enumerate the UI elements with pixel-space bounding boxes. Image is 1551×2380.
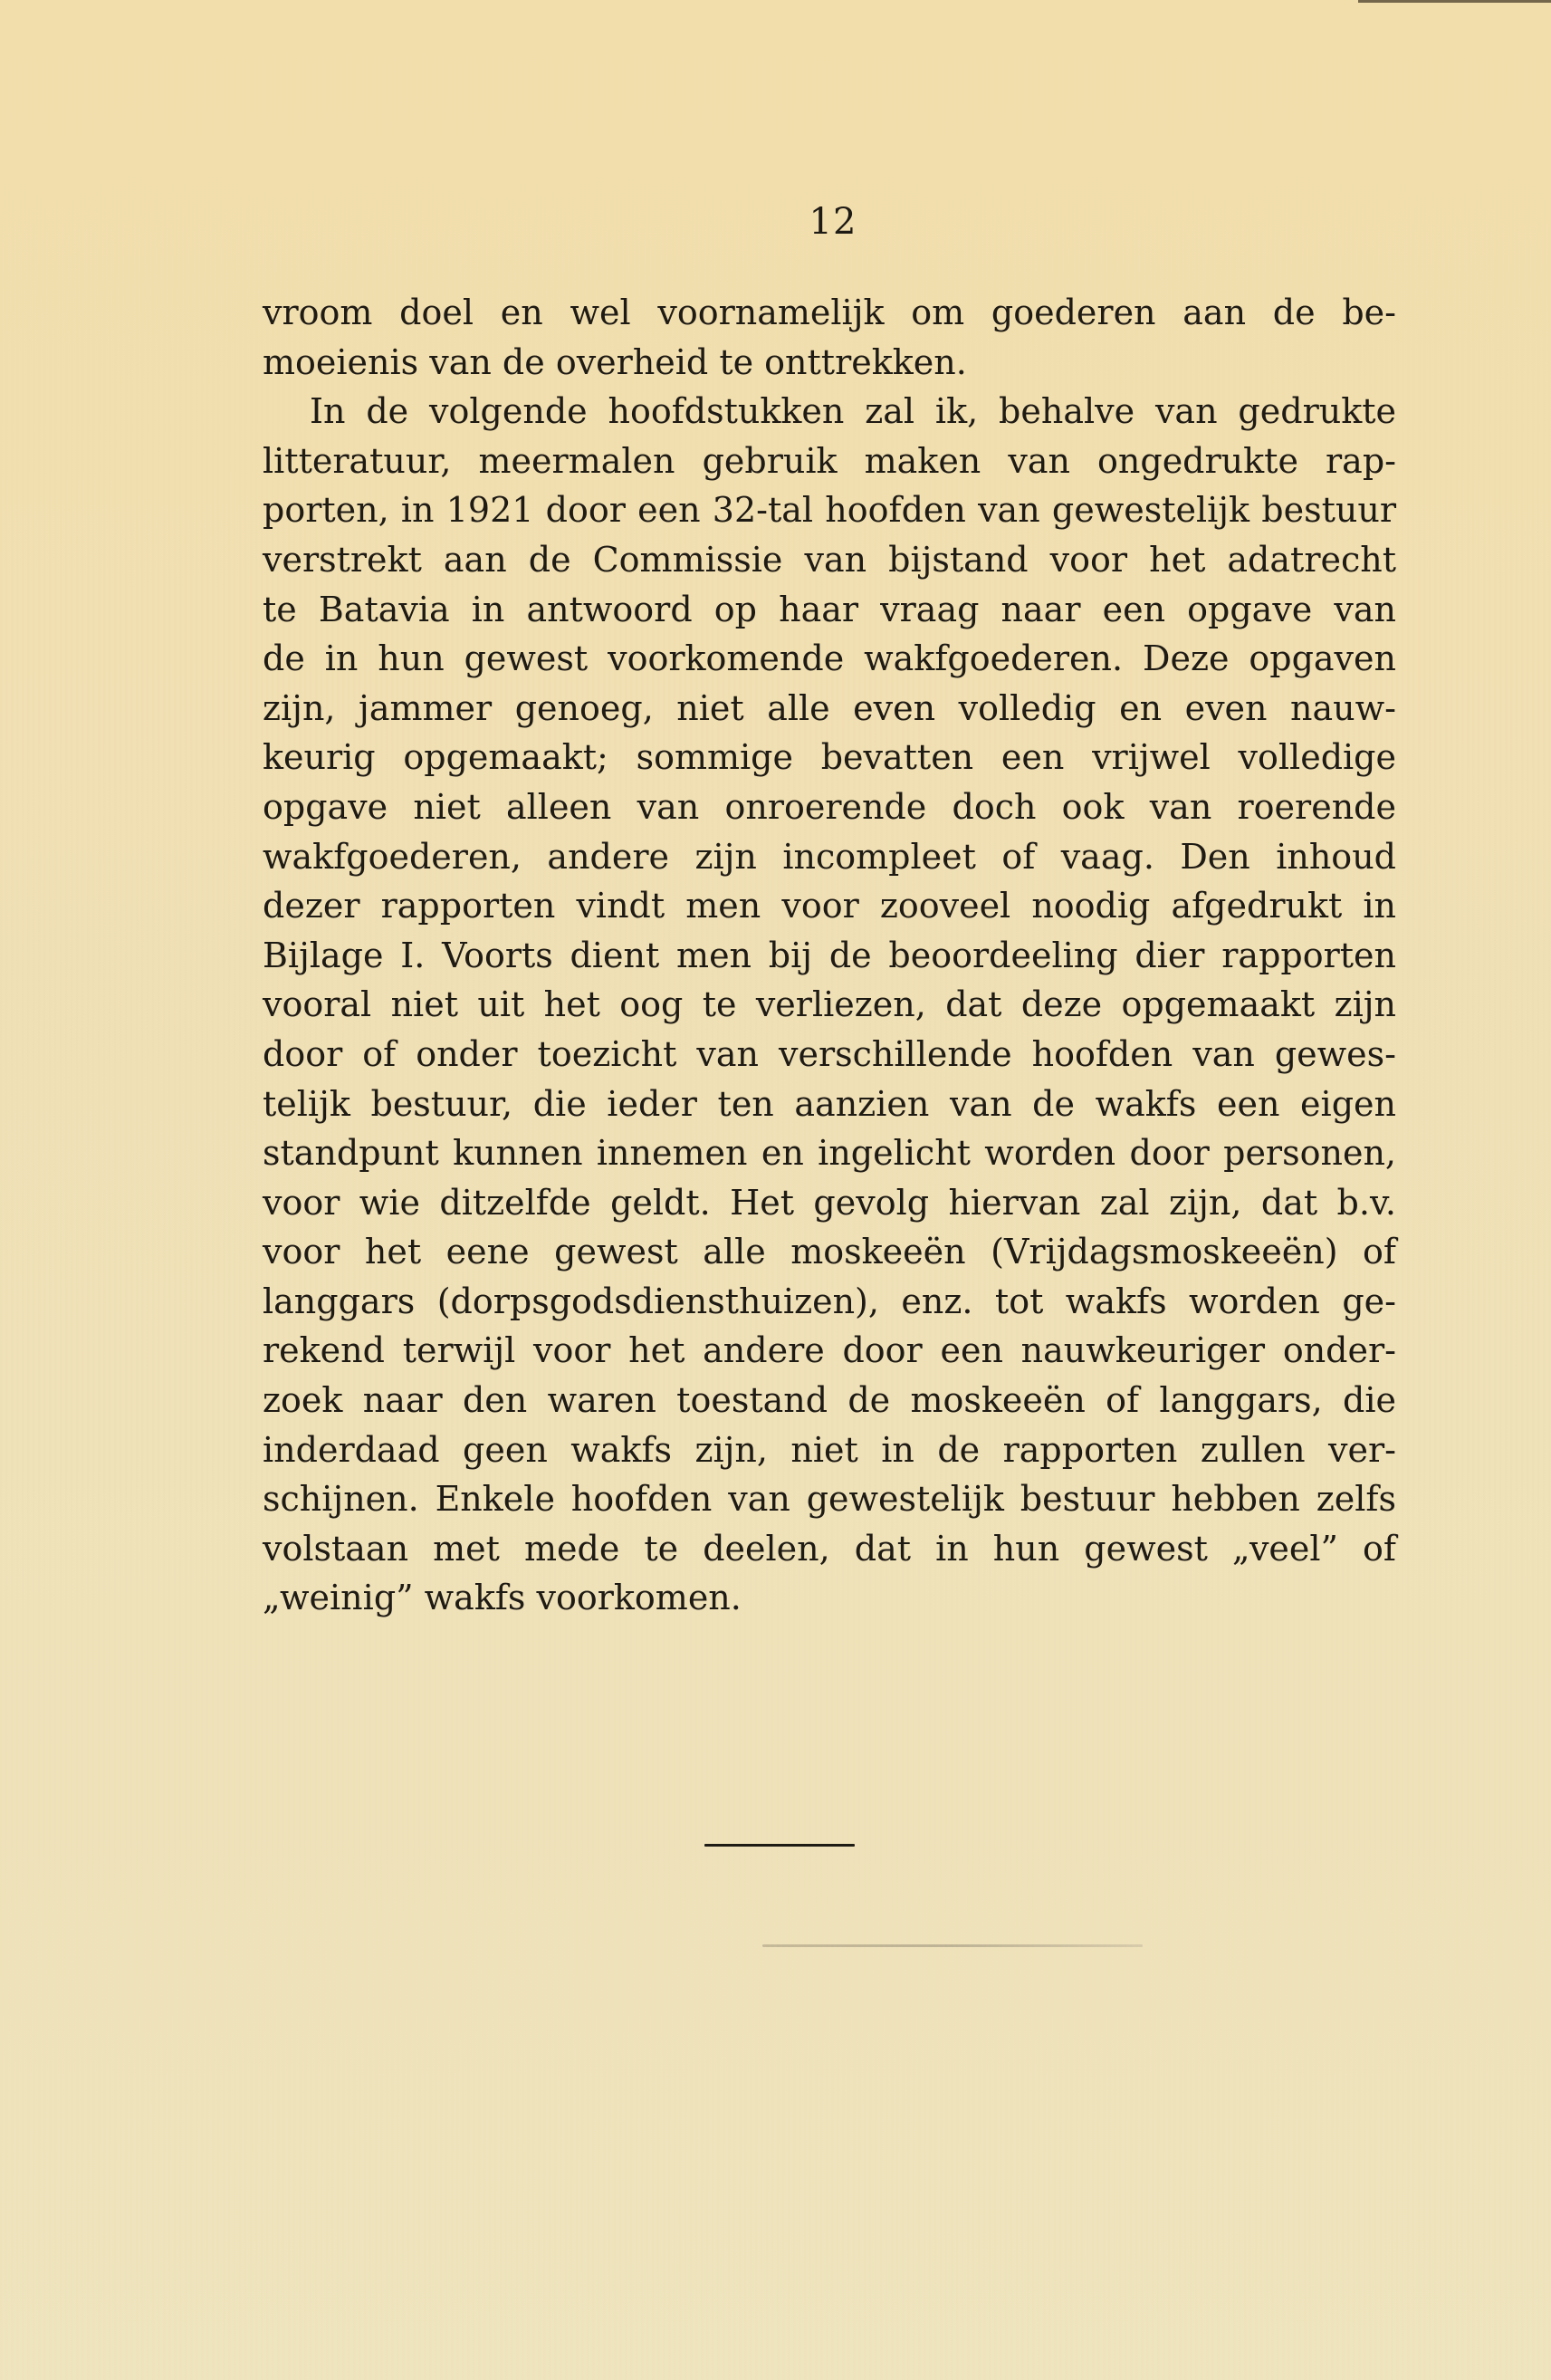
text-line: de in hun gewest voorkomende wakfgoedere… xyxy=(263,634,1396,684)
text-line: inderdaad geen wakfs zijn, niet in de ra… xyxy=(263,1425,1396,1475)
text-line: rekend terwijl voor het andere door een … xyxy=(263,1326,1396,1376)
bleed-through-smudge xyxy=(762,1944,1143,1947)
text-line: te Batavia in antwoord op haar vraag naa… xyxy=(263,585,1396,635)
text-line: schijnen. Enkele hoofden van gewestelijk… xyxy=(263,1474,1396,1524)
text-line: voor het eene gewest alle moskeeën (Vrij… xyxy=(263,1227,1396,1277)
scan-edge-shadow xyxy=(1358,0,1551,3)
text-line: volstaan met mede te deelen, dat in hun … xyxy=(263,1524,1396,1574)
text-line: porten, in 1921 door een 32-tal hoofden … xyxy=(263,485,1396,535)
text-line: In de volgende hoofdstukken zal ik, beha… xyxy=(263,387,1396,437)
text-line: keurig opgemaakt; sommige bevatten een v… xyxy=(263,733,1396,782)
text-line: voor wie ditzelfde geldt. Het gevolg hie… xyxy=(263,1178,1396,1228)
text-line: Bijlage I. Voorts dient men bij de beoor… xyxy=(263,931,1396,981)
text-line: wakfgoederen, andere zijn incompleet of … xyxy=(263,832,1396,882)
text-line: litteratuur, meermalen gebruik maken van… xyxy=(263,437,1396,486)
section-end-rule xyxy=(704,1844,855,1847)
text-line: telijk bestuur, die ieder ten aanzien va… xyxy=(263,1080,1396,1129)
text-line: zoek naar den waren toestand de moskeeën… xyxy=(263,1376,1396,1425)
text-line: opgave niet alleen van onroerende doch o… xyxy=(263,782,1396,832)
text-line: door of onder toezicht van verschillende… xyxy=(263,1030,1396,1080)
text-line: vooral niet uit het oog te verliezen, da… xyxy=(263,980,1396,1030)
page-number: 12 xyxy=(0,201,1551,243)
text-line: vroom doel en wel voornamelijk om goeder… xyxy=(263,288,1396,338)
text-line: zijn, jammer genoeg, niet alle even voll… xyxy=(263,684,1396,734)
text-line: „weinig” wakfs voorkomen. xyxy=(263,1573,1396,1623)
text-line: dezer rapporten vindt men voor zooveel n… xyxy=(263,881,1396,931)
body-paragraphs: vroom doel en wel voornamelijk om goeder… xyxy=(263,288,1396,1623)
text-line: moeienis van de overheid te onttrekken. xyxy=(263,338,1396,388)
text-line: langgars (dorpsgodsdiensthuizen), enz. t… xyxy=(263,1277,1396,1327)
text-line: standpunt kunnen innemen en ingelicht wo… xyxy=(263,1128,1396,1178)
text-line: verstrekt aan de Commissie van bijstand … xyxy=(263,535,1396,585)
